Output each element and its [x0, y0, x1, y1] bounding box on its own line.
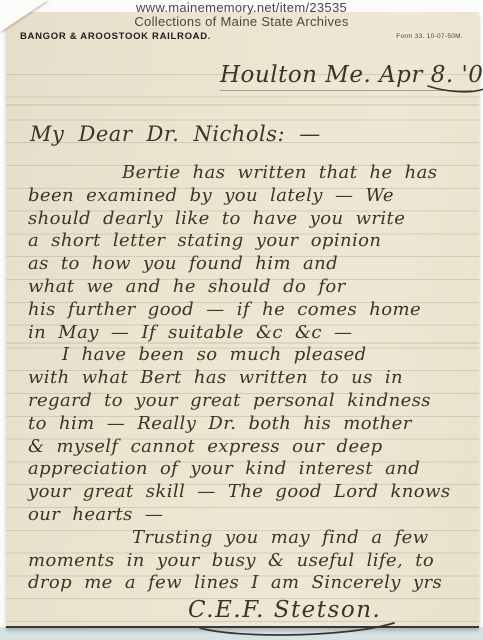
- letter-scan: BANGOR & AROOSTOOK RAILROAD. Form 33. 10…: [0, 0, 483, 640]
- signature-flourish-icon: [194, 620, 404, 638]
- letter-line: your great skill — The good Lord knows: [28, 481, 465, 504]
- letter-line: as to how you found him and: [28, 253, 465, 276]
- salutation: My Dear Dr. Nichols: —: [30, 122, 321, 146]
- letter-line: what we and he should do for: [28, 276, 465, 299]
- letter-line: with what Bert has written to us in: [28, 367, 465, 390]
- watermark-collection: Collections of Maine State Archives: [0, 15, 483, 29]
- letter-line: regard to your great personal kindness: [28, 390, 465, 413]
- pen-flourish-icon: [426, 82, 483, 96]
- letter-line: our hearts —: [28, 504, 465, 527]
- fold-crease: [6, 104, 479, 106]
- letter-line: drop me a few lines I am Sincerely yrs: [28, 572, 465, 595]
- letter-line: his further good — if he comes home: [28, 299, 465, 322]
- watermark-url: www.mainememory.net/item/23535: [0, 1, 483, 15]
- letter-line: should dearly like to have you write: [28, 208, 465, 231]
- letter-line: I have been so much pleased: [28, 344, 465, 367]
- letter-line: a short letter stating your opinion: [28, 230, 465, 253]
- letter-paper: BANGOR & AROOSTOOK RAILROAD. Form 33. 10…: [6, 12, 479, 628]
- letter-line: to him — Really Dr. both his mother: [28, 413, 465, 436]
- letter-line: been examined by you lately — We: [28, 185, 465, 208]
- letter-line: in May — If suitable &c &c —: [28, 322, 465, 345]
- letter-body: Bertie has written that he has been exam…: [28, 162, 465, 595]
- letterhead-company: BANGOR & AROOSTOOK RAILROAD.: [20, 31, 211, 42]
- dateline: Houlton Me. Apr 8. '08Station: [220, 62, 472, 91]
- letter-line: Bertie has written that he has: [28, 162, 465, 185]
- letter-line: moments in your busy & useful life, to: [28, 550, 465, 573]
- letter-line: Trusting you may find a few: [28, 527, 465, 550]
- letter-line: & myself cannot express our deep: [28, 436, 465, 459]
- archive-watermark: www.mainememory.net/item/23535 Collectio…: [0, 1, 483, 29]
- letterhead-form-number: Form 33. 10-07-50M.: [396, 33, 463, 40]
- letter-line: appreciation of your kind interest and: [28, 458, 465, 481]
